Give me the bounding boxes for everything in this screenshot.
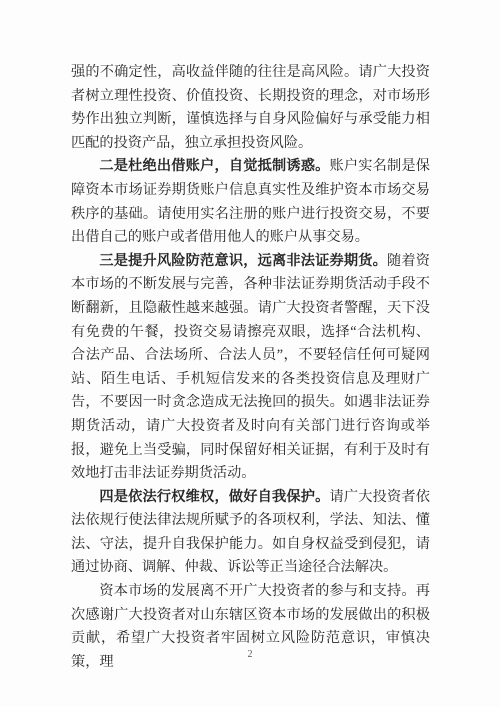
paragraph: 强的不确定性，高收益伴随的往往是高风险。请广大投资者树立理性投资、价值投资、长期… <box>71 61 430 155</box>
paragraph: 三是提升风险防范意识，远离非法证券期货。随着资本市场的不断发展与完善，各种非法证… <box>71 250 430 486</box>
paragraph: 二是杜绝出借账户，自觉抵制诱惑。账户实名制是保障资本市场证券期货账户信息真实性及… <box>71 155 430 249</box>
page-number: 2 <box>0 648 500 662</box>
paragraph-lead: 三是提升风险防范意识，远离非法证券期货。 <box>99 253 387 269</box>
paragraph-lead: 二是杜绝出借账户，自觉抵制诱惑。 <box>99 158 329 174</box>
text-block: 强的不确定性，高收益伴随的往往是高风险。请广大投资者树立理性投资、价值投资、长期… <box>71 61 430 674</box>
document-page: 强的不确定性，高收益伴随的往往是高风险。请广大投资者树立理性投资、价值投资、长期… <box>0 0 500 707</box>
paragraph: 四是依法行权维权，做好自我保护。请广大投资者依法依规行使法律法规所赋予的各项权利… <box>71 486 430 580</box>
paragraph-lead: 四是依法行权维权，做好自我保护。 <box>99 489 329 505</box>
